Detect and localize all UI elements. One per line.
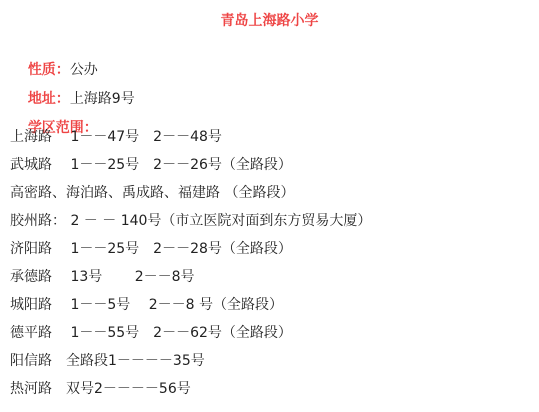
school-title: 青岛上海路小学 <box>0 11 539 31</box>
school-info-page: 青岛上海路小学 性质：公办 地址：上海路9号 学区范围： 上海路 1－－47号 … <box>0 0 539 412</box>
district-line: 上海路 1－－47号 2－－48号 <box>10 127 222 147</box>
district-line: 阳信路 全路段1－－－－35号 <box>10 351 205 371</box>
district-line: 热河路 双号2－－－－56号 <box>10 379 191 399</box>
district-line: 德平路 1－－55号 2－－62号（全路段） <box>10 323 292 343</box>
district-line: 城阳路 1－－5号 2－－8 号（全路段） <box>10 295 283 315</box>
district-line: 胶州路： 2 － － 140号（市立医院对面到东方贸易大厦） <box>10 211 371 231</box>
district-line: 武城路 1－－25号 2－－26号（全路段） <box>10 155 292 175</box>
district-line: 济阳路 1－－25号 2－－28号（全路段） <box>10 239 292 259</box>
district-line: 承德路 13号 2－－8号 <box>10 267 195 287</box>
district-line: 高密路、海泊路、禹成路、福建路 （全路段） <box>10 183 294 203</box>
